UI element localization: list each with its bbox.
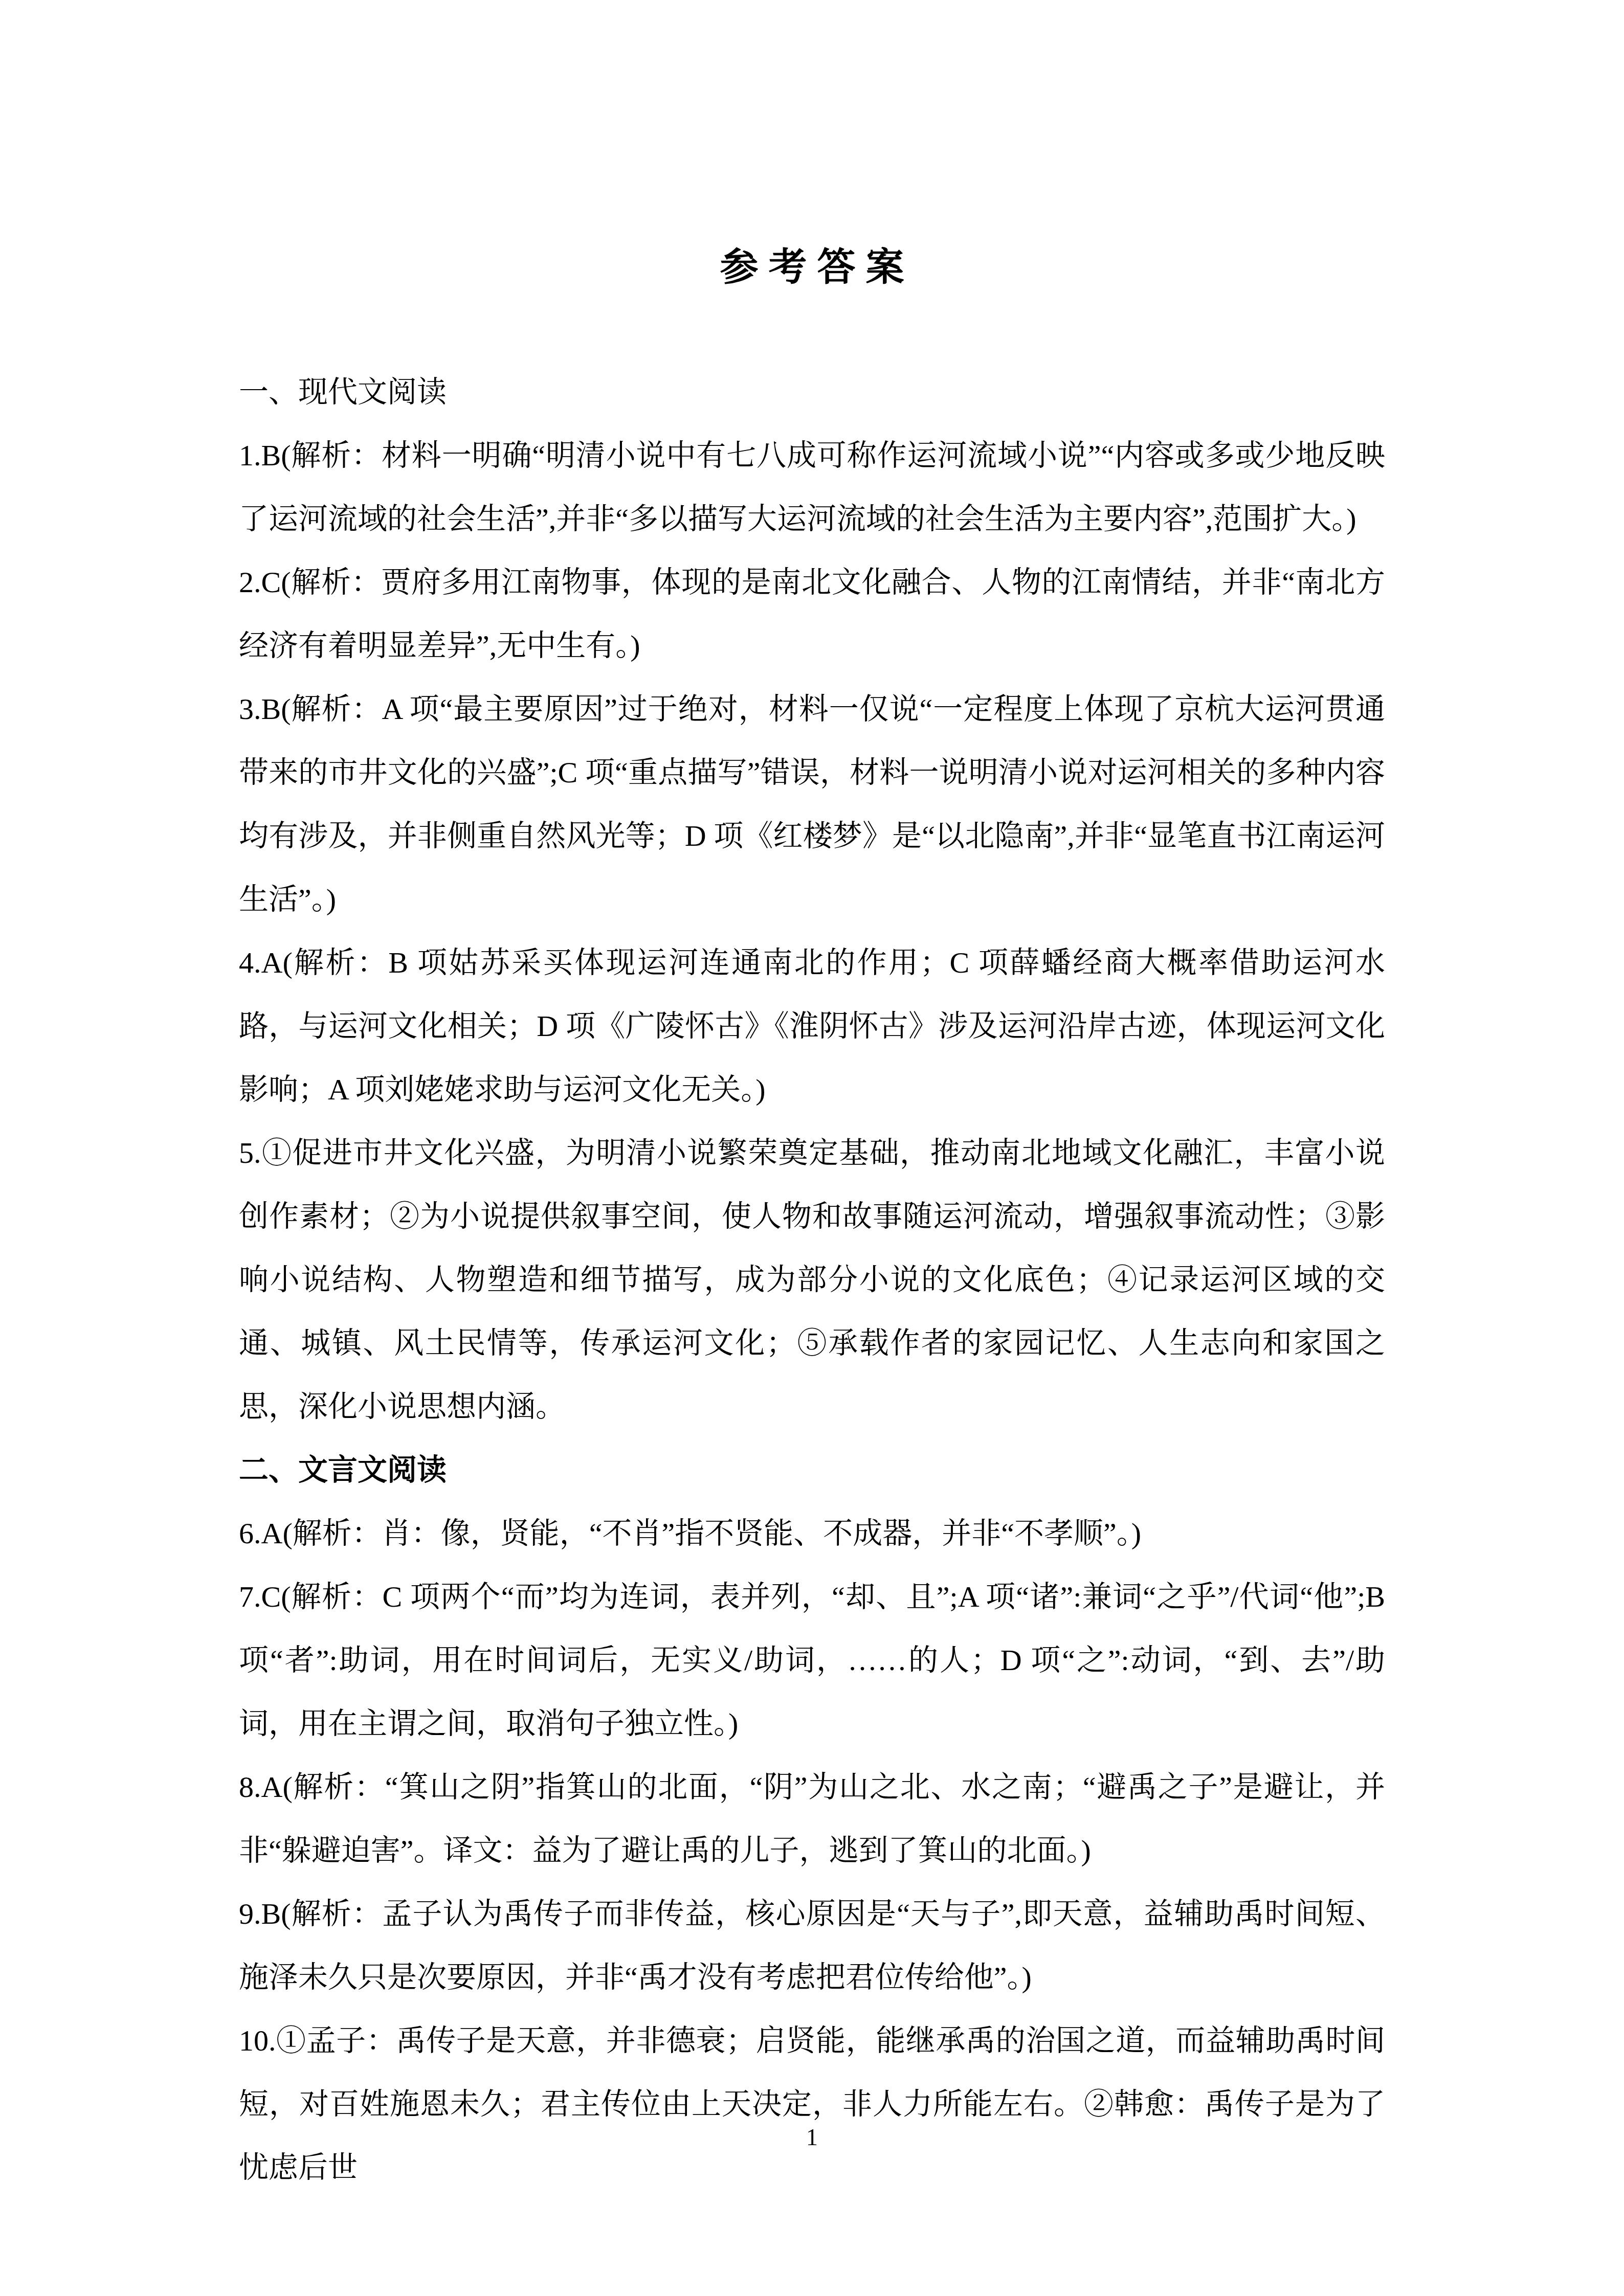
answer-paragraph-q7: 7.C(解析：C 项两个“而”均为连词，表并列，“却、且”;A 项“诸”:兼词“… bbox=[239, 1565, 1385, 1755]
answer-paragraph-q4: 4.A(解析：B 项姑苏采买体现运河连通南北的作用；C 项薛蟠经商大概率借助运河… bbox=[239, 931, 1385, 1121]
answer-paragraph-q5: 5.①促进市井文化兴盛，为明清小说繁荣奠定基础，推动南北地域文化融汇，丰富小说创… bbox=[239, 1121, 1385, 1438]
section-heading-modern-text-reading: 一、现代文阅读 bbox=[239, 361, 1385, 424]
answer-paragraph-q9: 9.B(解析：孟子认为禹传子而非传益，核心原因是“天与子”,即天意，益辅助禹时间… bbox=[239, 1882, 1385, 2009]
answer-paragraph-q2: 2.C(解析：贾府多用江南物事，体现的是南北文化融合、人物的江南情结，并非“南北… bbox=[239, 551, 1385, 678]
answer-paragraph-q1: 1.B(解析：材料一明确“明清小说中有七八成可称作运河流域小说”“内容或多或少地… bbox=[239, 424, 1385, 551]
section-heading-classical-text-reading: 二、文言文阅读 bbox=[239, 1438, 1385, 1502]
answer-paragraph-q10: 10.①孟子：禹传子是天意，并非德衰；启贤能，能继承禹的治国之道，而益辅助禹时间… bbox=[239, 2009, 1385, 2199]
answer-paragraph-q6: 6.A(解析：肖：像，贤能，“不肖”指不贤能、不成器，并非“不孝顺”。) bbox=[239, 1502, 1385, 1565]
answer-paragraph-q3: 3.B(解析：A 项“最主要原因”过于绝对，材料一仅说“一定程度上体现了京杭大运… bbox=[239, 678, 1385, 931]
page-number: 1 bbox=[0, 2122, 1624, 2153]
page-title: 参考答案 bbox=[239, 0, 1385, 291]
document-body: 参考答案 一、现代文阅读 1.B(解析：材料一明确“明清小说中有七八成可称作运河… bbox=[239, 0, 1385, 2199]
document-page: 参考答案 一、现代文阅读 1.B(解析：材料一明确“明清小说中有七八成可称作运河… bbox=[0, 0, 1624, 2296]
answer-paragraph-q8: 8.A(解析：“箕山之阴”指箕山的北面，“阴”为山之北、水之南；“避禹之子”是避… bbox=[239, 1755, 1385, 1882]
